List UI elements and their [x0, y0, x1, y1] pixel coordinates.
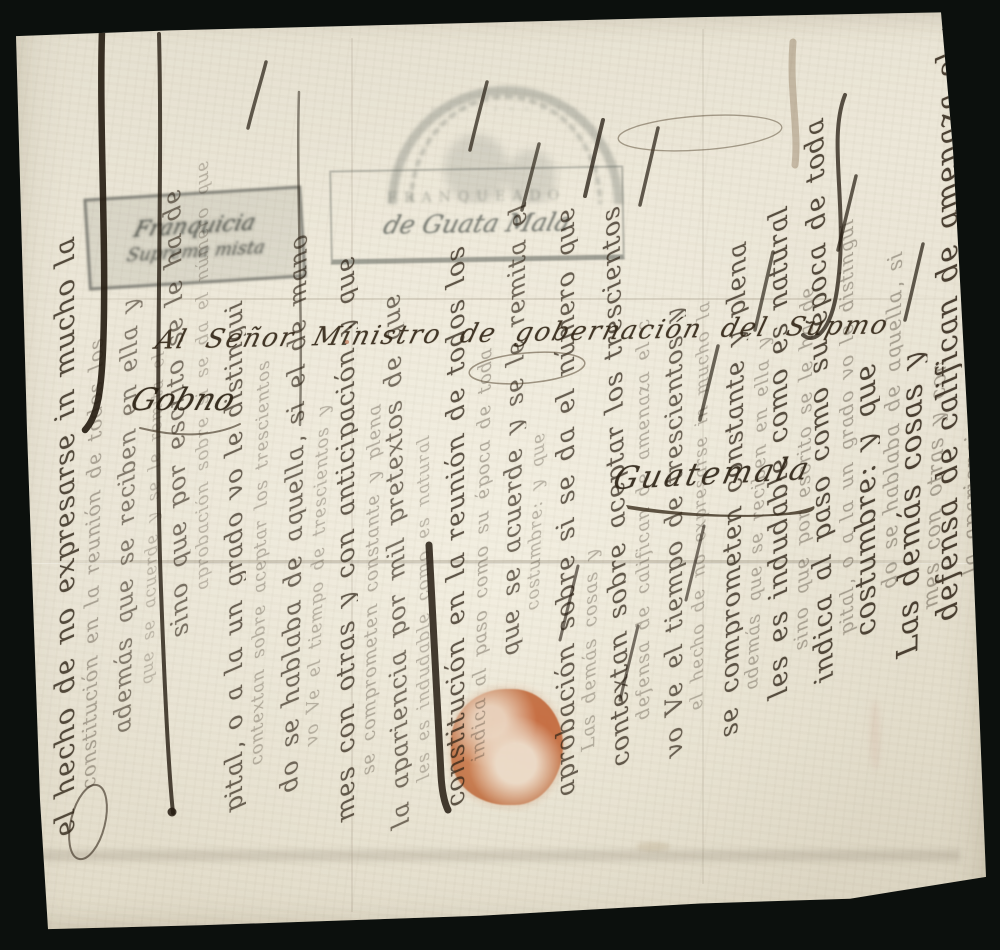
photo-background: · · · · · · · · · · Franquicia Suprema m… [0, 0, 1000, 950]
script-column: aprobación sobre si se da el número que [553, 49, 578, 805]
address-line2: Gobno [126, 382, 240, 418]
script-column-echo: el hecho de no expresarse in mucho la [689, 115, 717, 715]
script-column: les es indudable como es natural [766, 49, 792, 705]
script-column: defensa de califican de amenaza el c [933, 17, 962, 630]
script-column: constitución en la reunión de todos los [443, 9, 468, 815]
script-column: vo Ve el tiempo de trescientos y [662, 40, 686, 765]
letter-paper: · · · · · · · · · · Franquicia Suprema m… [0, 0, 1000, 950]
script-column-echo: contextan sobre aceptar los trescientos [249, 75, 278, 770]
script-column: el hecho de no expresarse in mucho la [52, 23, 79, 845]
stain [636, 842, 670, 851]
script-column: costumbre: y que [852, 163, 880, 645]
ink-blot [168, 808, 177, 817]
fold-shadow [40, 850, 960, 861]
script-column-echo: les es indudable como es natural [416, 67, 433, 785]
script-column-echo: la apariencia por mil pretextos de que [960, 92, 989, 580]
stain [870, 700, 880, 770]
ink-smudge [792, 42, 796, 165]
script-column-echo: defensa de califican de amenaza el c [635, 71, 653, 725]
script-column: mes con otras y con anticipación y que [333, 0, 358, 830]
script-column: contextan sobre aceptar los trescientos [595, 0, 633, 775]
